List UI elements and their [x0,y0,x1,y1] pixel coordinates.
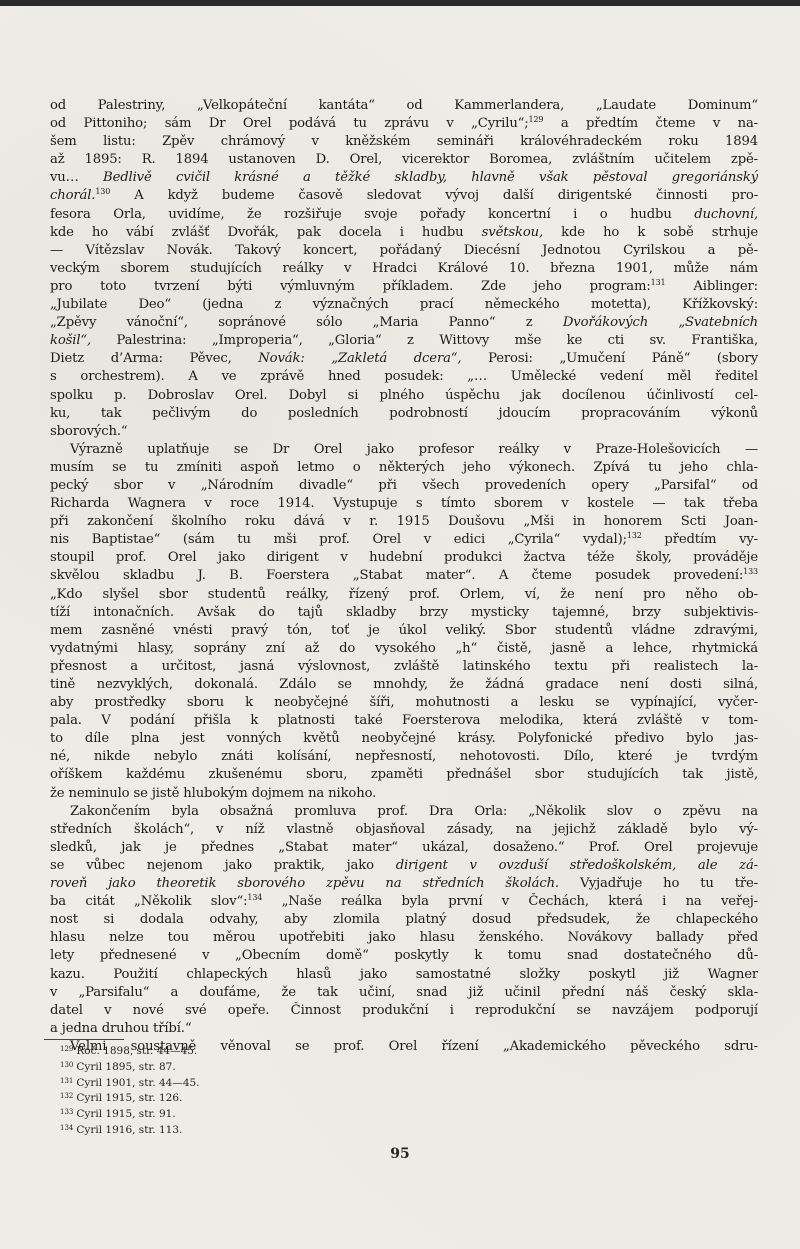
footnote: 132Cyril 1915, str. 126. [60,1090,200,1106]
text-line: ba citát „Několik slov“:134 „Naše reálka… [50,893,758,911]
footnote-number: 134 [60,1124,73,1132]
text-line: že neminulo se jistě hlubokým dojmem na … [50,785,758,803]
text-line: sledků, jak je přednes „Stabat mater“ uk… [50,839,758,857]
footnote-number: 131 [60,1077,73,1085]
text-line: od Palestriny, „Velkopáteční kantáta“ od… [50,97,758,115]
footnote: 134Cyril 1916, str. 113. [60,1122,200,1138]
text-line: „Kdo slyšel sbor studentů reálky, řízený… [50,586,758,604]
footnote-text: Roč. 1898, str. 44—45. [76,1045,197,1057]
text-line: v „Parsifalu“ a doufáme, že tak učiní, s… [50,984,758,1002]
text-line: přesnost a určitost, jasná výslovnost, z… [50,658,758,676]
footnote-text: Cyril 1895, str. 87. [76,1061,175,1073]
text-line: nost si dodala odvahy, aby zlomila platn… [50,911,758,929]
text-line: od Pittoniho; sám Dr Orel podává tu zprá… [50,115,758,133]
text-line: ku, tak pečlivým do posledních podrobnos… [50,405,758,423]
text-line: Zakončením byla obsažná promluva prof. D… [50,803,758,821]
text-line: oříškem každému zkušenému sboru, zpaměti… [50,766,758,784]
text-line: „Jubilate Deo“ (jedna z význačných prací… [50,296,758,314]
text-line: veckým sborem studujících reálky v Hradc… [50,260,758,278]
footnote-text: Cyril 1901, str. 44—45. [76,1077,199,1089]
text-line: kde ho vábí zvlášť Dvořák, pak docela i … [50,224,758,242]
text-line: sborových.“ [50,423,758,441]
footnote-text: Cyril 1915, str. 126. [76,1092,182,1104]
text-line: né, nikde nebylo znáti kolísání, nepřesn… [50,748,758,766]
text-line: Dietz d’Arma: Pěvec, Novák: „Zakletá dce… [50,350,758,368]
text-line: Richarda Wagnera v roce 1914. Vystupuje … [50,495,758,513]
text-line: musím se tu zmíniti aspoň letmo o někter… [50,459,758,477]
text-line: „Zpěvy vánoční“, sopránové sólo „Maria P… [50,314,758,332]
footnote-divider [44,1039,124,1040]
text-line: stoupil prof. Orel jako dirigent v hudeb… [50,549,758,567]
paragraph: Výrazně uplatňuje se Dr Orel jako profes… [50,441,758,803]
text-line: roveň jako theoretik sborového zpěvu na … [50,875,758,893]
text-line: datel v nové své opeře. Činnost produkčn… [50,1002,758,1020]
paragraph: od Palestriny, „Velkopáteční kantáta“ od… [50,97,758,441]
text-line: vu… Bedlivě cvičil krásné a těžké skladb… [50,169,758,187]
footnote-ref: 134 [247,893,262,902]
footnote-ref: 133 [743,567,758,576]
footnote: 131Cyril 1901, str. 44—45. [60,1075,200,1091]
text-line: košil“, Palestrina: „Improperia“, „Glori… [50,332,758,350]
body-text: od Palestriny, „Velkopáteční kantáta“ od… [50,97,758,1056]
footnote-text: Cyril 1915, str. 91. [76,1108,175,1120]
footnote-number: 129 [60,1045,73,1053]
footnote-number: 130 [60,1061,73,1069]
text-line: nis Baptistae“ (sám tu mši prof. Orel v … [50,531,758,549]
text-line: — Vítězslav Novák. Takový koncert, pořád… [50,242,758,260]
text-line: Výrazně uplatňuje se Dr Orel jako profes… [50,441,758,459]
text-line: až 1895: R. 1894 ustanoven D. Orel, vice… [50,151,758,169]
footnote-ref: 132 [627,531,642,540]
text-line: při zakončení školního roku dává v r. 19… [50,513,758,531]
footnote-number: 133 [60,1108,73,1116]
document-page: od Palestriny, „Velkopáteční kantáta“ od… [0,6,800,1249]
footnote-text: Cyril 1916, str. 113. [76,1124,182,1136]
text-line: mem zasněné vnésti pravý tón, toť je úko… [50,622,758,640]
text-line: pala. V podání přišla k platnosti také F… [50,712,758,730]
text-line: šem listu: Zpěv chrámový v kněžském semi… [50,133,758,151]
text-line: lety přednesené v „Obecním domě“ poskytl… [50,947,758,965]
footnote-ref: 130 [95,187,110,196]
text-line: aby prostředky sboru k neobyčejné šíři, … [50,694,758,712]
footnote: 129Roč. 1898, str. 44—45. [60,1043,200,1059]
footnotes: 129Roč. 1898, str. 44—45.130Cyril 1895, … [60,1043,200,1138]
text-line: kazu. Použití chlapeckých hlasů jako sam… [50,966,758,984]
text-line: středních školách“, v níž vlastně objasň… [50,821,758,839]
text-line: spolku p. Dobroslav Orel. Dobyl si plnéh… [50,387,758,405]
text-line: tině nezvyklých, dokonalá. Zdálo se mnoh… [50,676,758,694]
text-line: to díle plna jest vonných květů neobyčej… [50,730,758,748]
footnote: 133Cyril 1915, str. 91. [60,1106,200,1122]
text-line: fesora Orla, uvidíme, že rozšiřuje svoje… [50,206,758,224]
text-line: vydatnými hlasy, soprány zní až do vysok… [50,640,758,658]
text-line: pro toto tvrzení býti výmluvným příklade… [50,278,758,296]
text-line: hlasu nelze tou měrou upotřebiti jako hl… [50,929,758,947]
page-number: 95 [0,1146,800,1162]
paragraph: Zakončením byla obsažná promluva prof. D… [50,803,758,1038]
text-line: chorál.130 A když budeme časově sledovat… [50,187,758,205]
footnote-number: 132 [60,1092,73,1100]
text-line: skvělou skladbu J. B. Foerstera „Stabat … [50,567,758,585]
text-line: a jedna druhou tříbí.“ [50,1020,758,1038]
footnote-ref: 131 [651,278,666,287]
text-line: se vůbec nejenom jako praktik, jako diri… [50,857,758,875]
text-line: pecký sbor v „Národním divadle“ při všec… [50,477,758,495]
text-line: s orchestrem). A ve zprávě hned posudek:… [50,368,758,386]
text-line: tíží intonačních. Avšak do tajů skladby … [50,604,758,622]
footnote-ref: 129 [529,115,544,124]
footnote: 130Cyril 1895, str. 87. [60,1059,200,1075]
